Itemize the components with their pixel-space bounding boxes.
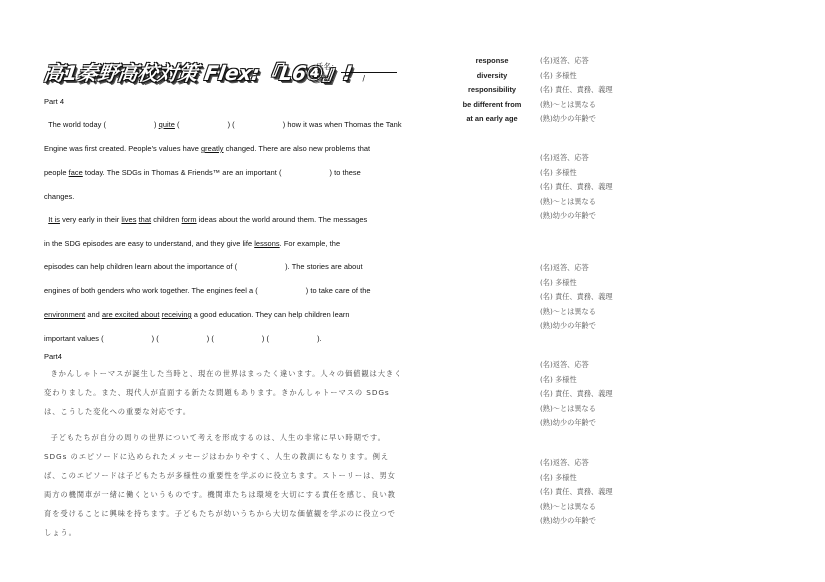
passage-text: ). xyxy=(317,334,322,343)
worksheet-page: 高1秦野高校対策 Flex:『L6④』! 氏名： 点数： / Part 4 Th… xyxy=(0,0,825,582)
passage-text: a good education. They can help children… xyxy=(192,310,350,319)
vocab-definition: (熟)幼少の年齢で xyxy=(540,516,596,526)
translation-line: 子どもたちが自分の周りの世界について考えを形成するのは、人生の非常に早い時期です… xyxy=(44,433,386,443)
passage-line: environment and are excited about receiv… xyxy=(44,310,350,319)
translation-line: は、こうした変化への重要な対応です。 xyxy=(44,407,191,417)
underlined-word: receiving xyxy=(162,310,192,319)
translation-line: 育を受けることに興味を持ちます。子どもたちが幼いうちから大切な価値観を学ぶのに役… xyxy=(44,509,396,519)
score-field[interactable]: / xyxy=(363,73,366,85)
underlined-word: that xyxy=(139,215,152,224)
passage-text: . For example, the xyxy=(280,239,340,248)
passage-line: important values () () () (). xyxy=(44,334,322,343)
translation-line: ば、このエピソードは子どもたちが多様性の重要性を学ぶのに役立ちます。ストーリーは… xyxy=(44,471,396,481)
passage-text: children xyxy=(151,215,182,224)
underlined-word: are excited about xyxy=(102,310,160,319)
passage-text: ). The stories are about xyxy=(285,262,362,271)
passage-text: engines of both genders who work togethe… xyxy=(44,286,258,295)
vocab-term: diversity xyxy=(442,71,542,80)
passage-text: today. The SDGs in Thomas & Friends™ are… xyxy=(83,168,282,177)
vocab-definition: (熟)～とは異なる xyxy=(540,502,596,512)
vocab-definition: (名) 責任、責務、義理 xyxy=(540,182,613,192)
vocab-definition: (熟)～とは異なる xyxy=(540,100,596,110)
vocab-term: responsibility xyxy=(442,85,542,94)
passage-text: changed. There are also new problems tha… xyxy=(224,144,371,153)
underlined-word: greatly xyxy=(201,144,224,153)
japanese-part-label: Part4 xyxy=(44,352,62,361)
name-field[interactable] xyxy=(341,63,397,73)
vocab-definition: (名)返答、応答 xyxy=(540,56,589,66)
passage-text: Engine was first created. People's value… xyxy=(44,144,201,153)
translation-line: きかんしゃトーマスが誕生した当時と、現在の世界はまったく違います。人々の価値観は… xyxy=(44,369,402,379)
underlined-word: quite xyxy=(159,120,175,129)
vocab-definition: (名)返答、応答 xyxy=(540,263,589,273)
passage-text: people xyxy=(44,168,69,177)
translation-line: 両方の機関車が一緒に働くというものです。機関車たちは環境を大切にする責任を感じ、… xyxy=(44,490,396,500)
passage-line: engines of both genders who work togethe… xyxy=(44,286,371,295)
vocab-definition: (熟)幼少の年齢で xyxy=(540,114,596,124)
passage-text: in the SDG episodes are easy to understa… xyxy=(44,239,254,248)
passage-text: very early in their xyxy=(60,215,121,224)
vocab-definition: (熟)～とは異なる xyxy=(540,307,596,317)
passage-line: Engine was first created. People's value… xyxy=(44,144,370,153)
vocab-term: be different from xyxy=(442,100,542,109)
vocab-definition: (名)返答、応答 xyxy=(540,360,589,370)
vocab-definition: (名) 責任、責務、義理 xyxy=(540,292,613,302)
vocab-definition: (名)返答、応答 xyxy=(540,153,589,163)
passage-text: episodes can help children learn about t… xyxy=(44,262,237,271)
vocab-definition: (熟)幼少の年齢で xyxy=(540,418,596,428)
translation-line: 変わりました。また、現代人が直面する新たな問題もあります。きかんしゃトーマスの … xyxy=(44,388,390,398)
vocab-definition: (熟)～とは異なる xyxy=(540,197,596,207)
underlined-word: environment xyxy=(44,310,85,319)
passage-text: ) ( xyxy=(228,120,235,129)
vocab-definition: (名) 多様性 xyxy=(540,168,577,178)
passage-text: ideas about the world around them. The m… xyxy=(197,215,368,224)
passage-text: and xyxy=(85,310,102,319)
passage-text: ) ( xyxy=(152,334,159,343)
name-label: 氏名： xyxy=(316,61,339,73)
vocab-definition: (熟)～とは異なる xyxy=(540,404,596,414)
vocab-definition: (名) 多様性 xyxy=(540,375,577,385)
worksheet-title: 高1秦野高校対策 Flex:『L6④』! xyxy=(42,57,355,86)
passage-line: episodes can help children learn about t… xyxy=(44,262,363,271)
passage-text: ) ( xyxy=(207,334,214,343)
vocab-definition: (熟)幼少の年齢で xyxy=(540,321,596,331)
vocab-definition: (名) 責任、責務、義理 xyxy=(540,389,613,399)
passage-text: ) to take care of the xyxy=(306,286,371,295)
vocab-definition: (名)返答、応答 xyxy=(540,458,589,468)
passage-line: people face today. The SDGs in Thomas & … xyxy=(44,168,361,177)
passage-text: The world today ( xyxy=(44,120,106,129)
passage-text: ) ( xyxy=(262,334,269,343)
name-score-block: 氏名： 点数： / xyxy=(316,61,397,85)
vocab-term: response xyxy=(442,56,542,65)
vocab-definition: (名) 責任、責務、義理 xyxy=(540,487,613,497)
title-banner: 高1秦野高校対策 Flex:『L6④』! xyxy=(44,57,306,84)
passage-line: The world today () quite () () how it wa… xyxy=(44,120,402,129)
underlined-word: It is xyxy=(48,215,60,224)
passage-line: in the SDG episodes are easy to understa… xyxy=(44,239,340,248)
passage-text: ( xyxy=(175,120,180,129)
passage-line: It is very early in their lives that chi… xyxy=(44,215,367,224)
score-label: 点数： xyxy=(316,73,339,85)
underlined-word: form xyxy=(182,215,197,224)
passage-line: changes. xyxy=(44,192,74,201)
passage-text: ) how it was when Thomas the Tank xyxy=(283,120,402,129)
passage-text: changes. xyxy=(44,192,74,201)
underlined-word: lives xyxy=(121,215,136,224)
vocab-definition: (名) 多様性 xyxy=(540,71,577,81)
translation-line: SDGs のエピソードに込められたメッセージはわかりやすく、人生の教訓にもなりま… xyxy=(44,452,389,462)
vocab-definition: (名) 多様性 xyxy=(540,473,577,483)
vocab-definition: (名) 多様性 xyxy=(540,278,577,288)
vocab-definition: (熟)幼少の年齢で xyxy=(540,211,596,221)
vocab-definition: (名) 責任、責務、義理 xyxy=(540,85,613,95)
translation-line: しょう。 xyxy=(44,528,77,538)
passage-text: important values ( xyxy=(44,334,104,343)
passage-text: ) to these xyxy=(330,168,361,177)
underlined-word: lessons xyxy=(254,239,279,248)
english-part-label: Part 4 xyxy=(44,97,64,106)
underlined-word: face xyxy=(69,168,83,177)
vocab-term: at an early age xyxy=(442,114,542,123)
